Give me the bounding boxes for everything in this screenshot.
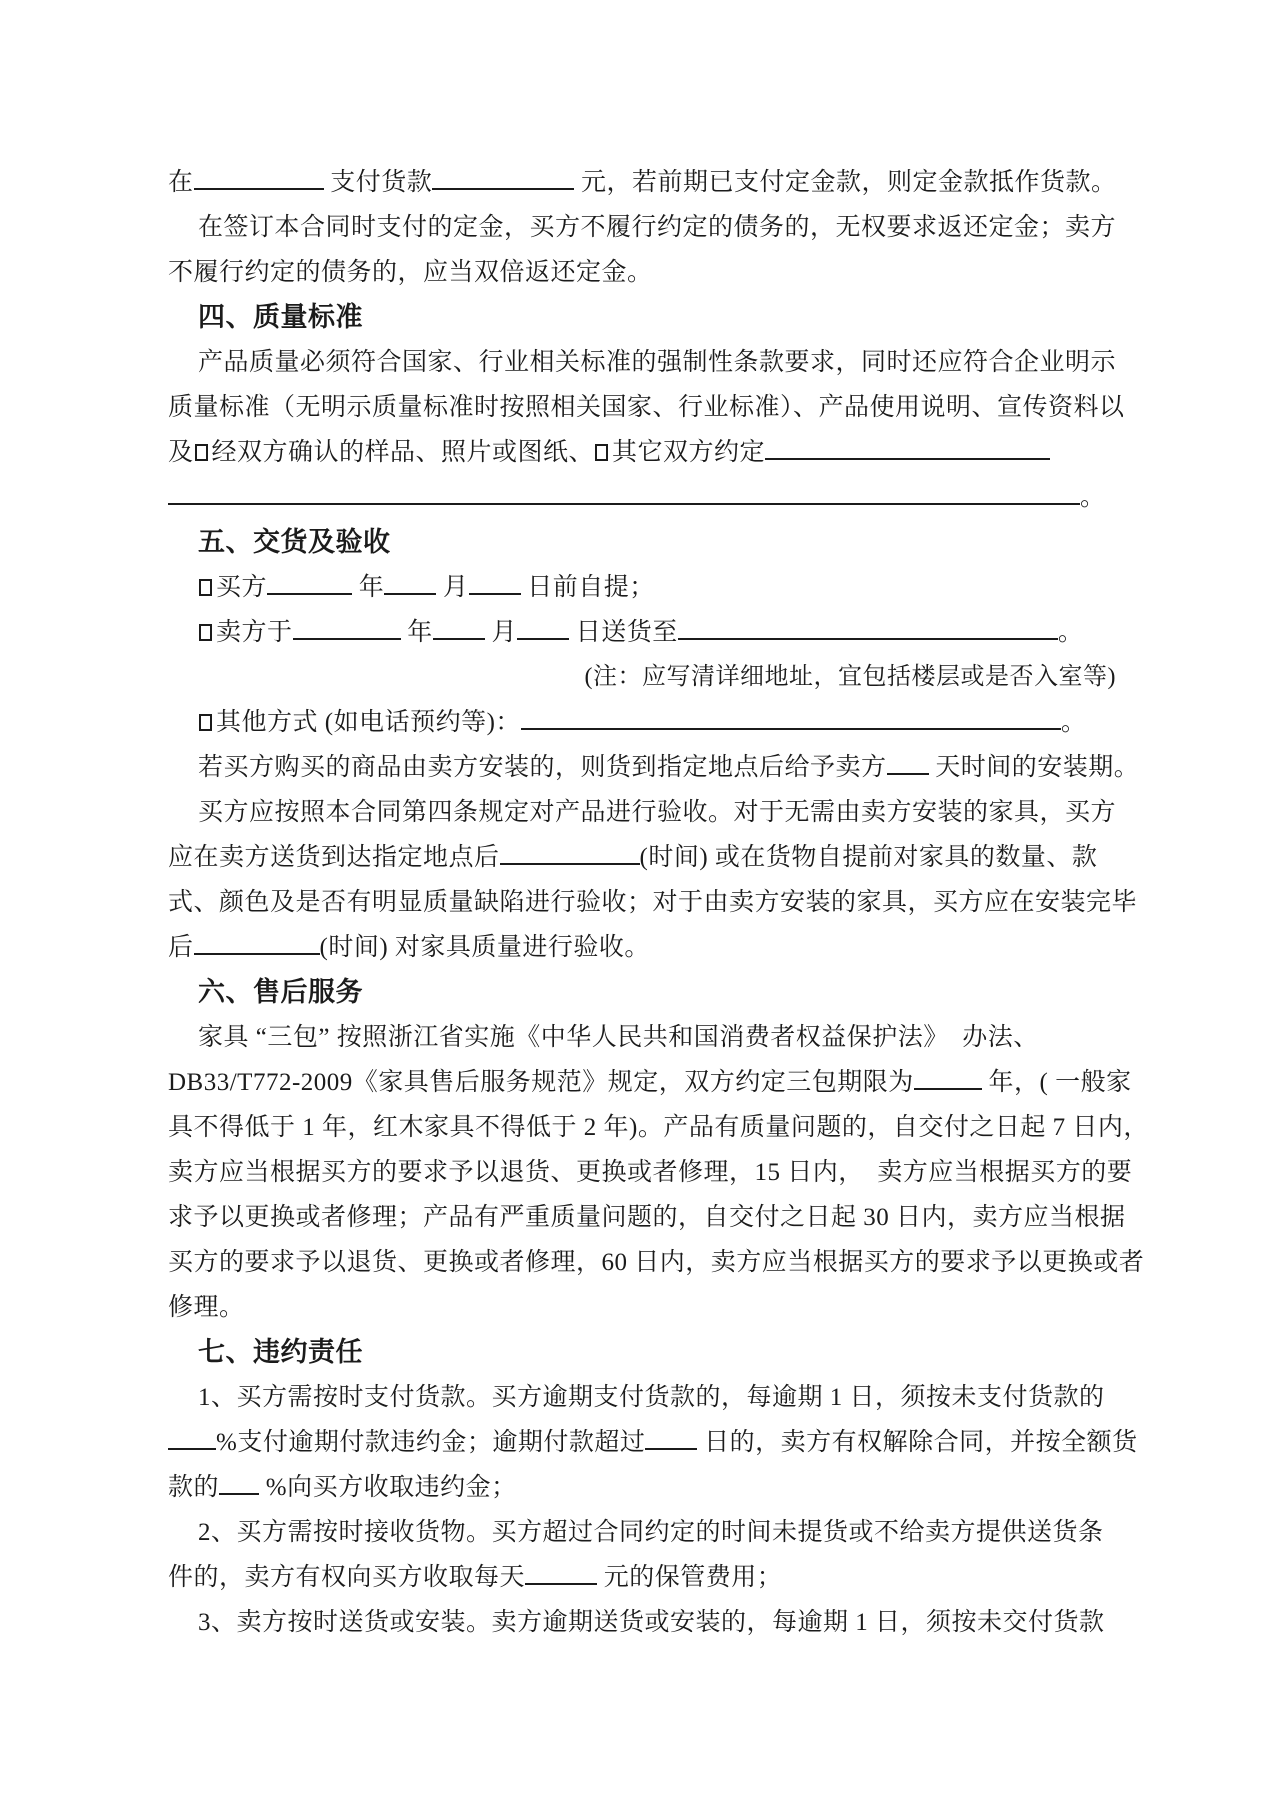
fill-in-blank-underline [887, 753, 929, 775]
text-segment: 日送货至 [569, 619, 678, 646]
text-segment: 质量标准（无明示质量标准时按照相关国家、行业标准）、产品使用说明、宣传资料以 [168, 394, 1125, 421]
document-line: 3、卖方按时送货或安装。卖方逾期送货或安装的，每逾期 1 日，须按未交付货款 [168, 1600, 1116, 1645]
document-line: 求予以更换或者修理；产品有严重质量问题的，自交付之日起 30 日内，卖方应当根据 [168, 1195, 1116, 1240]
document-line: DB33/T772-2009《家具售后服务规范》规定，双方约定三包期限为 年，(… [168, 1060, 1116, 1105]
document-line: 若买方购买的商品由卖方安装的，则货到指定地点后给予卖方 天时间的安装期。 [168, 745, 1116, 790]
fill-in-blank-underline [432, 168, 574, 190]
document-line: 不履行约定的债务的，应当双倍返还定金。 [168, 250, 1116, 295]
fill-in-blank-underline [521, 708, 1061, 730]
text-segment: 天时间的安装期。 [929, 754, 1140, 781]
text-segment: %支付逾期付款违约金；逾期付款超过 [216, 1429, 645, 1456]
text-segment: %向买方收取违约金； [259, 1474, 517, 1501]
text-segment: 年 [401, 619, 433, 646]
fill-in-blank-underline [194, 168, 324, 190]
text-segment: 。 [1058, 619, 1084, 646]
document-line: 后(时间) 对家具质量进行验收。 [168, 925, 1116, 970]
text-segment: 卖方应当根据买方的要求予以退货、更换或者修理，15 日内， 卖方应当根据买方的要 [168, 1159, 1132, 1186]
text-segment: 应在卖方送货到达指定地点后 [168, 844, 500, 871]
text-segment: 3、卖方按时送货或安装。卖方逾期送货或安装的，每逾期 1 日，须按未交付货款 [198, 1609, 1105, 1636]
text-segment: 。 [1080, 484, 1106, 511]
document-line: 卖方于 年 月 日送货至。 [168, 610, 1116, 655]
fill-in-blank-underline [500, 843, 640, 865]
checkbox-icon [595, 444, 608, 461]
text-segment: DB33/T772-2009《家具售后服务规范》规定，双方约定三包期限为 [168, 1069, 914, 1096]
fill-in-blank-underline [293, 618, 401, 640]
fill-in-blank-underline [433, 618, 485, 640]
text-segment: 具不得低于 1 年，红木家具不得低于 2 年)。产品有质量问题的，自交付之日起 … [168, 1114, 1149, 1141]
text-segment: (时间) 对家具质量进行验收。 [320, 934, 650, 961]
document-line: 款的 %向买方收取违约金； [168, 1465, 1116, 1510]
text-segment: 元的保管费用； [597, 1564, 782, 1591]
text-segment: 家具 “三包” 按照浙江省实施《中华人民共和国消费者权益保护法》 办法、 [198, 1024, 1039, 1051]
contract-page: 在 支付货款 元，若前期已支付定金款，则定金款抵作货款。在签订本合同时支付的定金… [0, 0, 1280, 1810]
text-segment: 六、售后服务 [198, 977, 363, 1007]
text-segment: 四、质量标准 [198, 302, 363, 332]
document-line: 质量标准（无明示质量标准时按照相关国家、行业标准）、产品使用说明、宣传资料以 [168, 385, 1116, 430]
text-segment: 其他方式 (如电话预约等)： [216, 709, 521, 736]
fill-in-blank-underline [219, 1473, 259, 1495]
fill-in-blank-underline [384, 573, 436, 595]
checkbox-icon [199, 579, 212, 596]
fill-in-blank-underline [517, 618, 569, 640]
section-heading: 四、质量标准 [168, 295, 1116, 340]
text-segment: 。 [1061, 709, 1087, 736]
text-segment: 买方应按照本合同第四条规定对产品进行验收。对于无需由卖方安装的家具，买方 [198, 799, 1116, 826]
section-heading: 六、售后服务 [168, 970, 1116, 1015]
document-line: 产品质量必须符合国家、行业相关标准的强制性条款要求，同时还应符合企业明示 [168, 340, 1116, 385]
text-segment: 买方的要求予以退货、更换或者修理，60 日内，卖方应当根据买方的要求予以更换或者 [168, 1249, 1144, 1276]
document-line: 卖方应当根据买方的要求予以退货、更换或者修理，15 日内， 卖方应当根据买方的要 [168, 1150, 1116, 1195]
section-heading: 五、交货及验收 [168, 520, 1116, 565]
text-segment: 其它双方约定 [612, 439, 765, 466]
document-line: 1、买方需按时支付货款。买方逾期支付货款的，每逾期 1 日，须按未支付货款的 [168, 1375, 1116, 1420]
document-line: 及经双方确认的样品、照片或图纸、其它双方约定 [168, 430, 1116, 475]
document-line: 买方应按照本合同第四条规定对产品进行验收。对于无需由卖方安装的家具，买方 [168, 790, 1116, 835]
text-segment: 月 [436, 574, 468, 601]
note-line: (注：应写清详细地址，宜包括楼层或是否入室等) [168, 655, 1116, 700]
checkbox-icon [199, 714, 212, 731]
fill-in-blank-underline [469, 573, 521, 595]
document-line: 。 [168, 475, 1116, 520]
document-line: 在签订本合同时支付的定金，买方不履行约定的债务的，无权要求返还定金；卖方 [168, 205, 1116, 250]
text-segment: 卖方于 [216, 619, 293, 646]
document-line: 件的，卖方有权向买方收取每天 元的保管费用； [168, 1555, 1116, 1600]
text-segment: 五、交货及验收 [198, 527, 391, 557]
text-segment: 在签订本合同时支付的定金，买方不履行约定的债务的，无权要求返还定金；卖方 [198, 214, 1116, 241]
fill-in-blank-underline [168, 483, 1080, 505]
document-line: %支付逾期付款违约金；逾期付款超过 日的，卖方有权解除合同，并按全额货 [168, 1420, 1116, 1465]
checkbox-icon [195, 444, 208, 461]
text-segment: 款的 [168, 1474, 219, 1501]
text-segment: 产品质量必须符合国家、行业相关标准的强制性条款要求，同时还应符合企业明示 [198, 349, 1116, 376]
text-segment: 支付货款 [324, 169, 433, 196]
text-segment: 月 [485, 619, 517, 646]
document-line: 家具 “三包” 按照浙江省实施《中华人民共和国消费者权益保护法》 办法、 [168, 1015, 1116, 1060]
text-segment: 2、买方需按时接收货物。买方超过合同约定的时间未提货或不给卖方提供送货条 [198, 1519, 1104, 1546]
fill-in-blank-underline [678, 618, 1058, 640]
fill-in-blank-underline [194, 933, 320, 955]
document-line: 在 支付货款 元，若前期已支付定金款，则定金款抵作货款。 [168, 160, 1116, 205]
document-line: 买方的要求予以退货、更换或者修理，60 日内，卖方应当根据买方的要求予以更换或者 [168, 1240, 1116, 1285]
text-segment: 后 [168, 934, 194, 961]
text-segment: 日前自提； [521, 574, 655, 601]
text-segment: 1、买方需按时支付货款。买方逾期支付货款的，每逾期 1 日，须按未支付货款的 [198, 1384, 1105, 1411]
text-segment: (时间) 或在货物自提前对家具的数量、款 [640, 844, 1098, 871]
document-line: 具不得低于 1 年，红木家具不得低于 2 年)。产品有质量问题的，自交付之日起 … [168, 1105, 1116, 1150]
text-segment: 元，若前期已支付定金款，则定金款抵作货款。 [574, 169, 1116, 196]
text-segment: 年，( 一般家 [982, 1069, 1132, 1096]
text-segment: 式、颜色及是否有明显质量缺陷进行验收；对于由卖方安装的家具，买方应在安装完毕 [168, 889, 1137, 916]
checkbox-icon [199, 624, 212, 641]
fill-in-blank-underline [525, 1563, 597, 1585]
text-segment: 买方 [216, 574, 267, 601]
fill-in-blank-underline [267, 573, 352, 595]
text-segment: 若买方购买的商品由卖方安装的，则货到指定地点后给予卖方 [198, 754, 887, 781]
contract-page-content: 在 支付货款 元，若前期已支付定金款，则定金款抵作货款。在签订本合同时支付的定金… [168, 160, 1116, 1645]
fill-in-blank-underline [914, 1068, 982, 1090]
document-line: 修理。 [168, 1285, 1116, 1330]
document-line: 应在卖方送货到达指定地点后(时间) 或在货物自提前对家具的数量、款 [168, 835, 1116, 880]
text-segment: 年 [352, 574, 384, 601]
text-segment: 日的，卖方有权解除合同，并按全额货 [697, 1429, 1137, 1456]
fill-in-blank-underline [645, 1428, 697, 1450]
document-line: 其他方式 (如电话预约等)：。 [168, 700, 1116, 745]
document-line: 式、颜色及是否有明显质量缺陷进行验收；对于由卖方安装的家具，买方应在安装完毕 [168, 880, 1116, 925]
text-segment: 修理。 [168, 1294, 245, 1321]
document-line: 2、买方需按时接收货物。买方超过合同约定的时间未提货或不给卖方提供送货条 [168, 1510, 1116, 1555]
text-segment: 七、违约责任 [198, 1337, 363, 1367]
fill-in-blank-underline [765, 438, 1050, 460]
text-segment: 及 [168, 439, 194, 466]
document-line: 买方 年 月 日前自提； [168, 565, 1116, 610]
text-segment: 经双方确认的样品、照片或图纸、 [212, 439, 595, 466]
fill-in-blank-underline [168, 1428, 216, 1450]
section-heading: 七、违约责任 [168, 1330, 1116, 1375]
text-segment: 求予以更换或者修理；产品有严重质量问题的，自交付之日起 30 日内，卖方应当根据 [168, 1204, 1126, 1231]
text-segment: 件的，卖方有权向买方收取每天 [168, 1564, 525, 1591]
text-segment: 在 [168, 169, 194, 196]
text-segment: (注：应写清详细地址，宜包括楼层或是否入室等) [585, 664, 1116, 690]
text-segment: 不履行约定的债务的，应当双倍返还定金。 [168, 259, 653, 286]
